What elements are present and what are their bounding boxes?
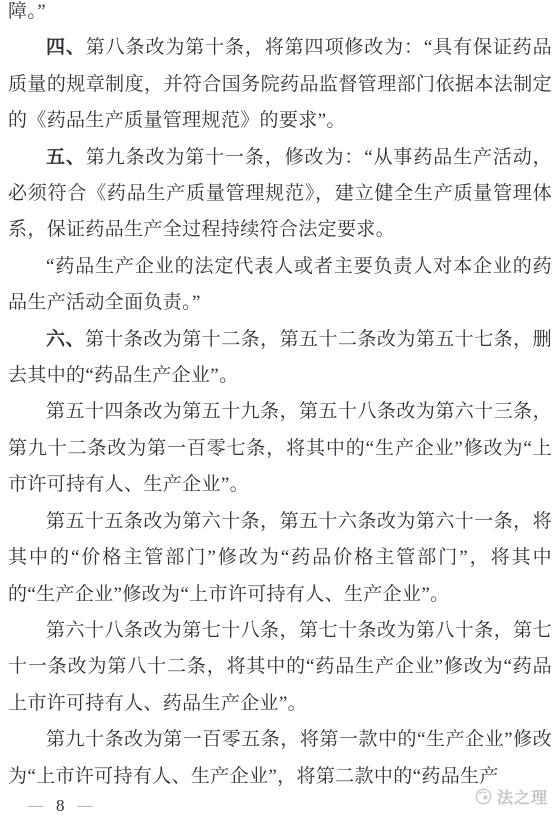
paragraph: 五、第九条改为第十一条，修改为：“从事药品生产活动，必须符合《药品生产质量管理规… <box>8 140 552 249</box>
paragraph: 第六十八条改为第七十八条，第七十条改为第八十条，第七十一条改为第八十二条，将其中… <box>8 613 552 722</box>
document-page: 障。” 四、第八条改为第十条，将第四项修改为：“具有保证药品质量的规章制度，并符… <box>0 0 560 821</box>
paragraph-text: 第五十四条改为第五十九条，第五十八条改为第六十三条，第九十二条改为第一百零七条，… <box>8 401 552 495</box>
paragraph-text: 第九条改为第十一条，修改为：“从事药品生产活动，必须符合《药品生产质量管理规范》… <box>8 147 552 241</box>
section-number: 四、 <box>46 37 86 58</box>
paragraph-text: 第十条改为第十二条，第五十二条改为第五十七条，删去其中的“药品生产企业”。 <box>8 329 552 386</box>
paragraph: 六、第十条改为第十二条，第五十二条改为第五十七条，删去其中的“药品生产企业”。 <box>8 322 552 395</box>
watermark-text: 法之理 <box>497 785 548 808</box>
page-number-dash-left: — <box>28 799 43 814</box>
paragraph: “药品生产企业的法定代表人或者主要负责人对本企业的药品生产活动全面负责。” <box>8 249 552 322</box>
paragraph-text: “药品生产企业的法定代表人或者主要负责人对本企业的药品生产活动全面负责。” <box>8 256 552 313</box>
paragraph: 第五十五条改为第六十条，第五十六条改为第六十一条，将其中的“价格主管部门”修改为… <box>8 504 552 613</box>
paragraph-text: 障。” <box>8 1 46 22</box>
section-number: 六、 <box>46 329 85 350</box>
paragraph: 障。” <box>8 0 552 30</box>
paragraph-text: 第九十条改为第一百零五条，将第一款中的“生产企业”修改为“上市许可持有人、生产企… <box>8 729 552 786</box>
paragraph-text: 第六十八条改为第七十八条，第七十条改为第八十条，第七十一条改为第八十二条，将其中… <box>8 620 552 714</box>
paragraph: 第九十条改为第一百零五条，将第一款中的“生产企业”修改为“上市许可持有人、生产企… <box>8 722 552 795</box>
paragraph-text: 第五十五条改为第六十条，第五十六条改为第六十一条，将其中的“价格主管部门”修改为… <box>8 511 552 605</box>
paragraph: 第五十四条改为第五十九条，第五十八条改为第六十三条，第九十二条改为第一百零七条，… <box>8 394 552 503</box>
page-number-value: 8 <box>56 796 65 816</box>
section-number: 五、 <box>46 147 86 168</box>
watermark-logo-icon <box>475 788 492 805</box>
page-number: — 8 — <box>28 796 93 816</box>
watermark: 法之理 <box>475 785 548 808</box>
page-number-dash-right: — <box>78 799 93 814</box>
paragraph-text: 第八条改为第十条，将第四项修改为：“具有保证药品质量的规章制度，并符合国务院药品… <box>8 37 552 131</box>
document-body: 障。” 四、第八条改为第十条，将第四项修改为：“具有保证药品质量的规章制度，并符… <box>8 0 552 795</box>
paragraph: 四、第八条改为第十条，将第四项修改为：“具有保证药品质量的规章制度，并符合国务院… <box>8 30 552 139</box>
